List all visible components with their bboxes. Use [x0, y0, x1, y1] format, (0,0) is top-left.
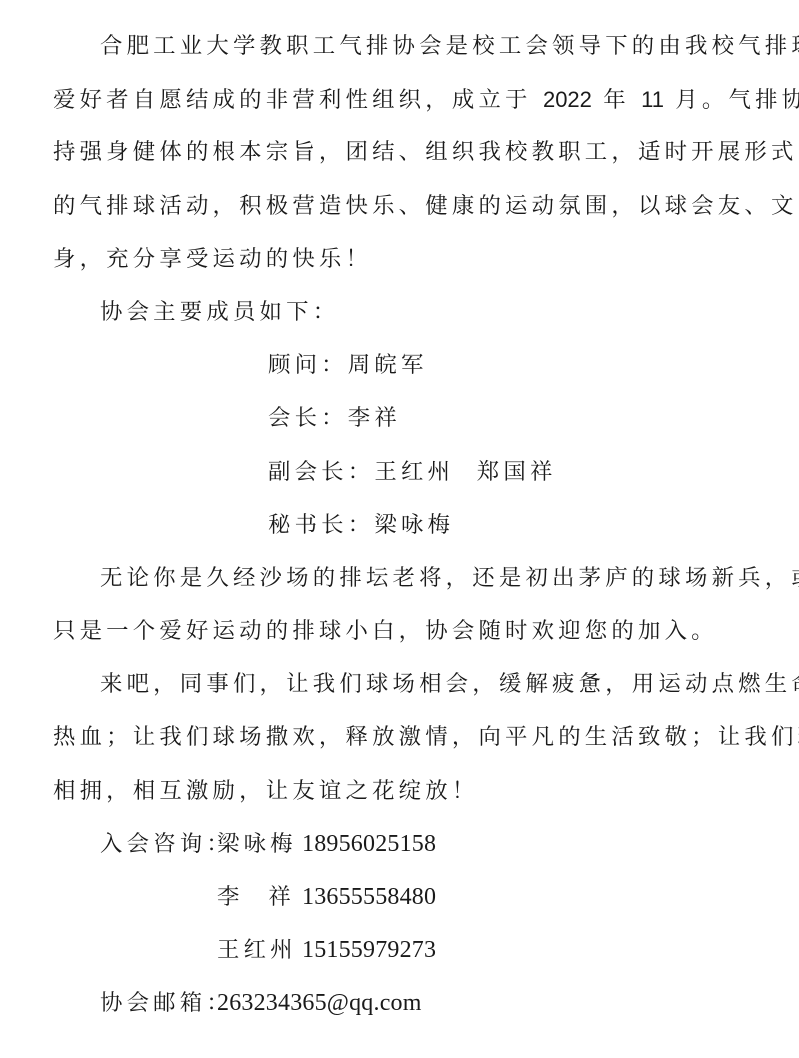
intro-line-2-before: 爱好者自愿结成的非营利性组织，成立于	[53, 87, 543, 113]
intro-line-2: 爱好者自愿结成的非营利性组织，成立于 2022 年 11 月。气排协会秉	[53, 73, 757, 126]
email-row: 协会邮箱： 263234365@qq.com	[53, 977, 757, 1030]
intro-line-3: 持强身健体的根本宗旨，团结、组织我校教职工，适时开展形式多样	[53, 126, 757, 179]
member-president: 会长：李祥	[53, 392, 757, 445]
member-advisor: 顾问：周皖军	[53, 339, 757, 392]
email-address[interactable]: 263234365@qq.com	[217, 977, 422, 1030]
contact-row: 李祥 13655558480	[53, 871, 757, 924]
welcome-paragraph: 无论你是久经沙场的排坛老将，还是初出茅庐的球场新兵，或者 只是一个爱好运动的排球…	[53, 552, 757, 658]
welcome-line-2: 只是一个爱好运动的排球小白，协会随时欢迎您的加入。	[53, 605, 757, 658]
invite-paragraph: 来吧，同事们，让我们球场相会，缓解疲惫，用运动点燃生命的 热血；让我们球场撒欢，…	[53, 658, 757, 818]
invite-line-3: 相拥，相互激励，让友谊之花绽放！	[53, 765, 757, 818]
member-secretary: 秘书长：梁咏梅	[53, 499, 757, 552]
member-names: 周皖军	[348, 352, 428, 378]
member-vice-president: 副会长：王红州 郑国祥	[53, 446, 757, 499]
member-names: 王红州 郑国祥	[374, 459, 556, 485]
contact-name: 梁咏梅	[217, 818, 297, 871]
year-unit: 年	[592, 87, 641, 113]
welcome-line-1: 无论你是久经沙场的排坛老将，还是初出茅庐的球场新兵，或者	[53, 552, 757, 605]
member-role: 会长：	[268, 405, 348, 431]
contact-row: 王红州 15155979273	[53, 924, 757, 977]
invite-line-1: 来吧，同事们，让我们球场相会，缓解疲惫，用运动点燃生命的	[53, 658, 757, 711]
invite-line-2: 热血；让我们球场撒欢，释放激情，向平凡的生活致敬；让我们球场	[53, 711, 757, 764]
founding-month: 11	[641, 87, 664, 112]
intro-line-2-after: 月。气排协会秉	[664, 87, 799, 113]
email-label: 协会邮箱：	[100, 977, 233, 1030]
members-section: 协会主要成员如下： 顾问：周皖军 会长：李祥 副会长：王红州 郑国祥 秘书长：梁…	[53, 286, 757, 552]
document-page: 合肥工业大学教职工气排协会是校工会领导下的由我校气排球 爱好者自愿结成的非营利性…	[53, 20, 757, 1031]
contacts-label: 入会咨询：	[100, 818, 233, 871]
intro-line-5: 身，充分享受运动的快乐！	[53, 233, 757, 286]
contacts-section: 入会咨询： 梁咏梅 18956025158 李祥 13655558480 王红州…	[53, 818, 757, 1031]
intro-paragraph: 合肥工业大学教职工气排协会是校工会领导下的由我校气排球 爱好者自愿结成的非营利性…	[53, 20, 757, 286]
contact-row: 入会咨询： 梁咏梅 18956025158	[53, 818, 757, 871]
contact-name: 王红州	[217, 924, 297, 977]
member-names: 梁咏梅	[374, 512, 454, 538]
contact-phone: 18956025158	[302, 818, 436, 871]
contact-phone: 13655558480	[302, 871, 436, 924]
member-names: 李祥	[348, 405, 401, 431]
member-role: 顾问：	[268, 352, 348, 378]
intro-line-1: 合肥工业大学教职工气排协会是校工会领导下的由我校气排球	[53, 20, 757, 73]
intro-line-4: 的气排球活动，积极营造快乐、健康的运动氛围，以球会友、文明健	[53, 180, 757, 233]
contact-phone: 15155979273	[302, 924, 436, 977]
founding-year: 2022	[543, 87, 592, 112]
members-heading: 协会主要成员如下：	[53, 286, 757, 339]
member-role: 秘书长：	[268, 512, 374, 538]
member-role: 副会长：	[268, 459, 374, 485]
